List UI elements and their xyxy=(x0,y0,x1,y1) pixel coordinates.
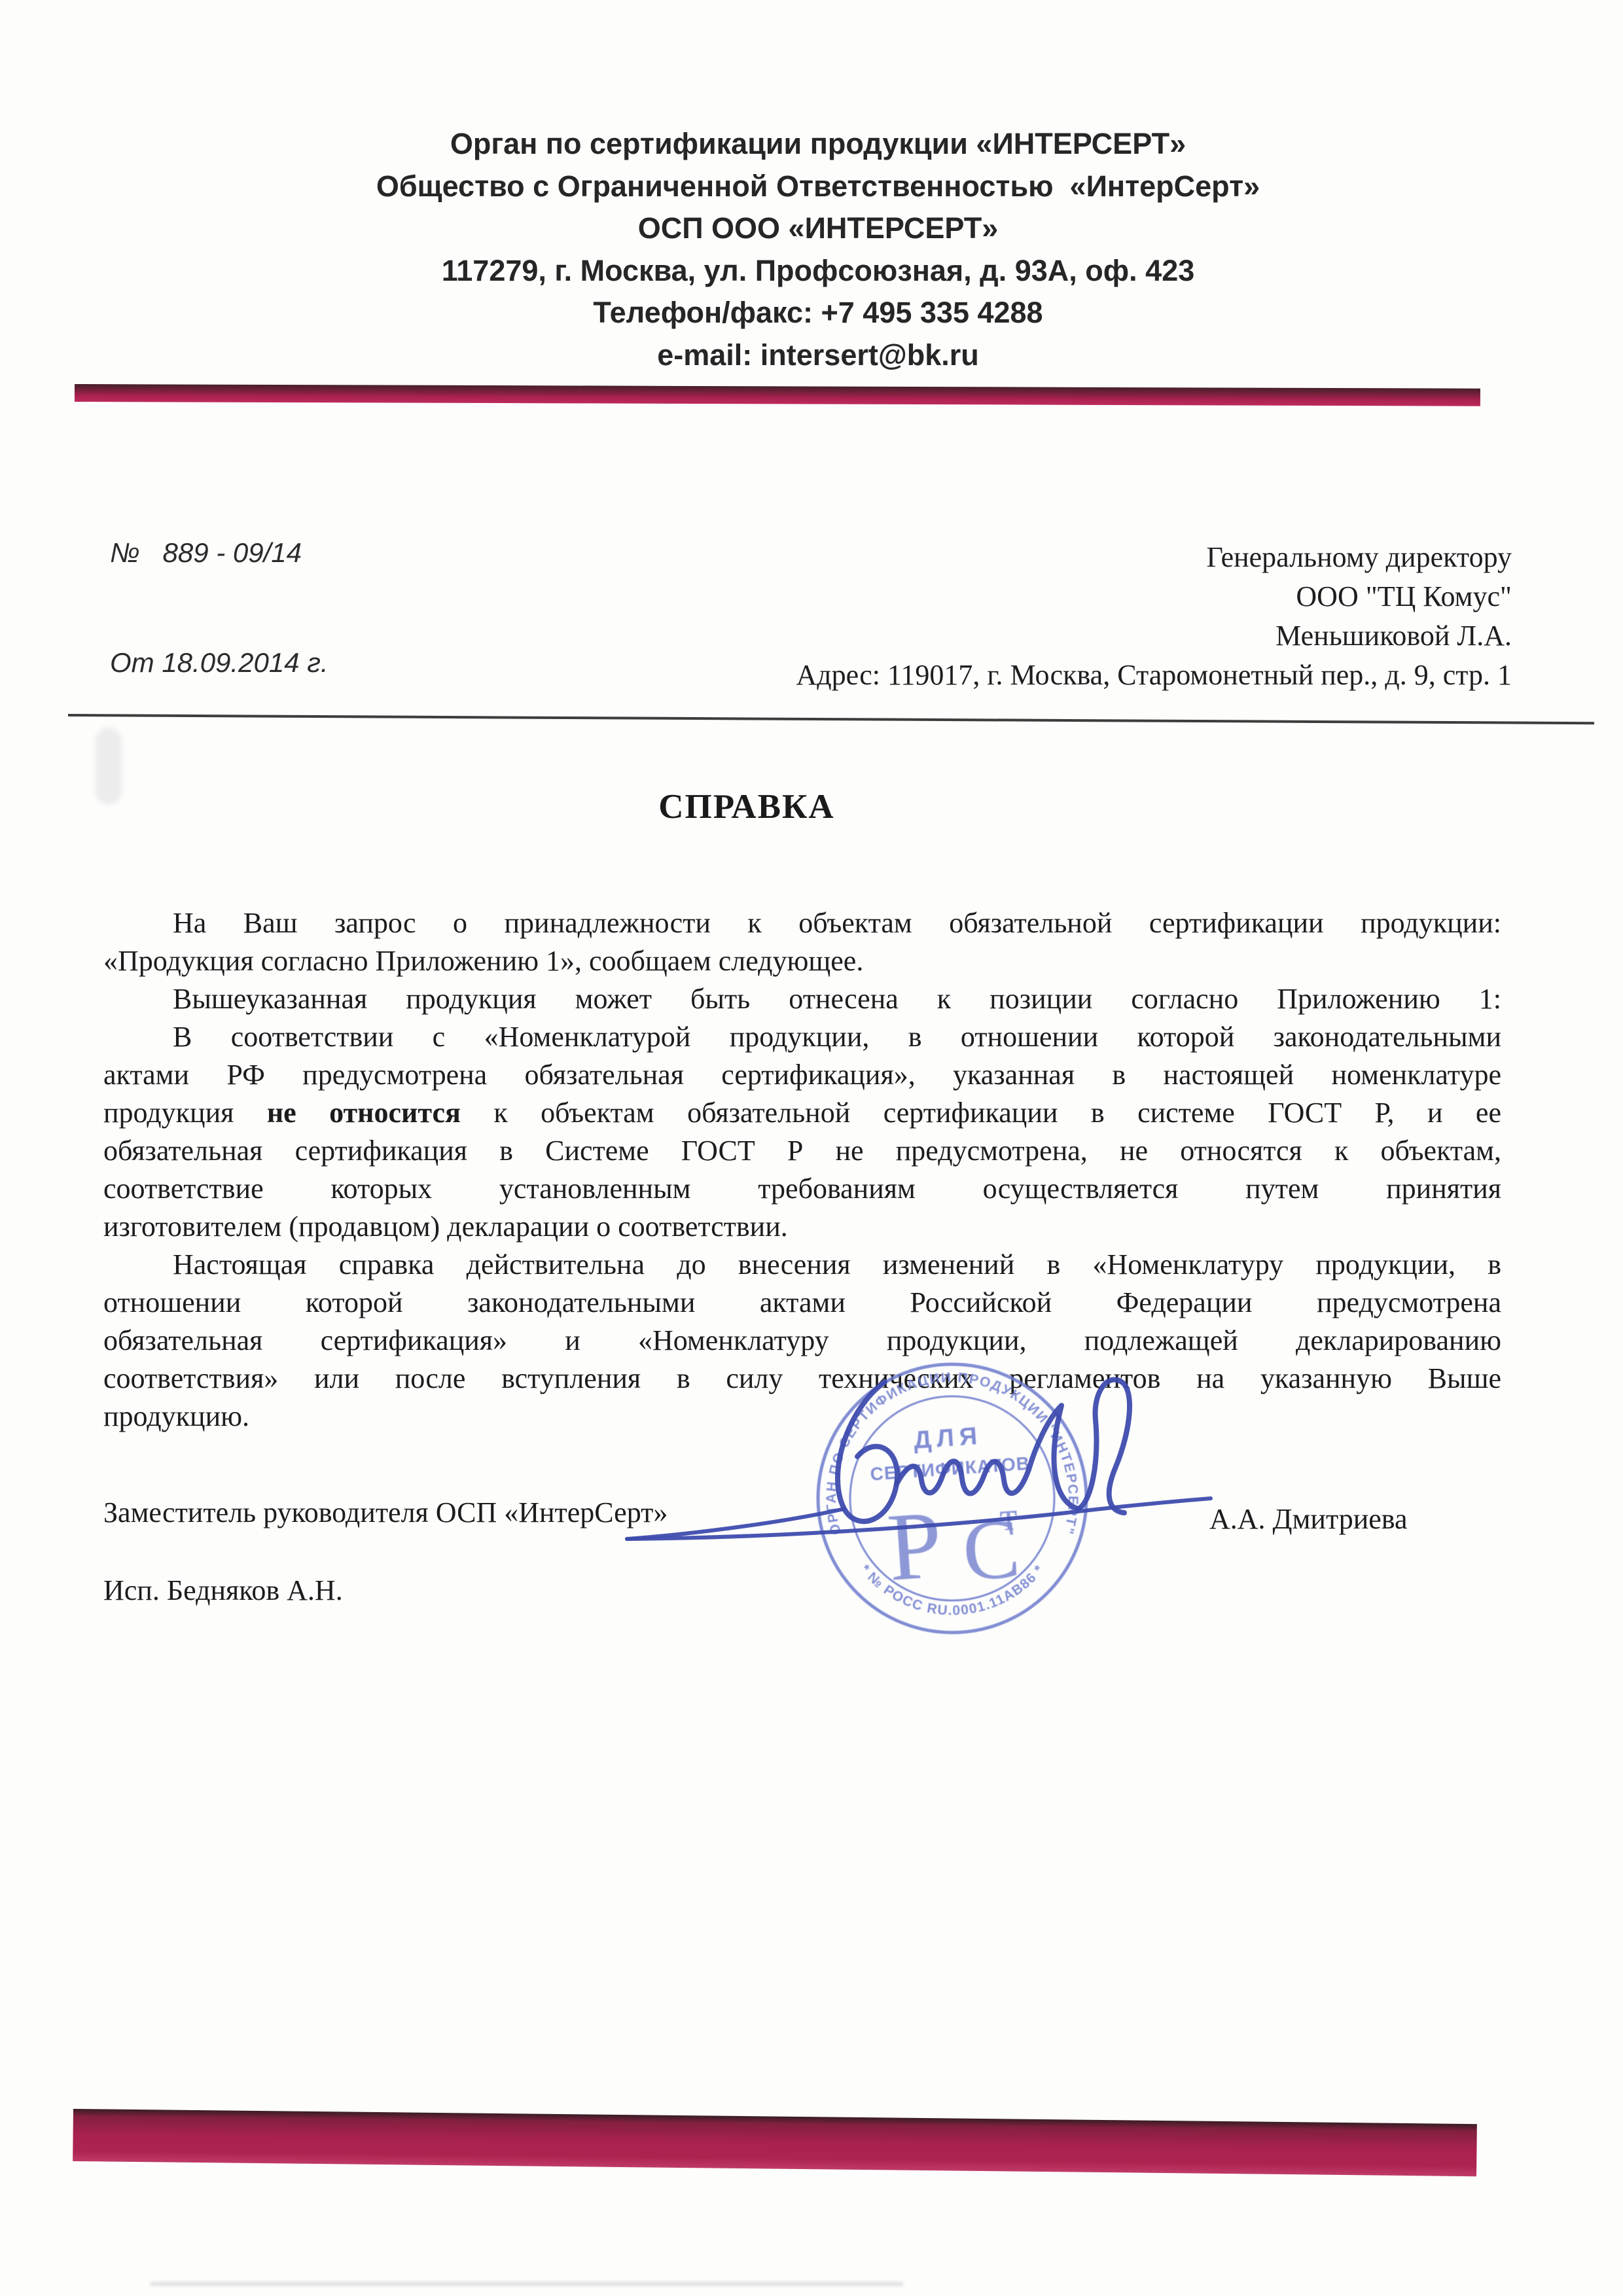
signature-position-label: Заместитель руководителя ОСП «ИнтерСерт» xyxy=(103,1496,668,1529)
ref-date: От 18.09.2014 г. xyxy=(110,645,329,681)
body-line: соответствие которых установленным требо… xyxy=(103,1170,1501,1208)
stamp-center-line2: СЕРТИФИКАТОВ xyxy=(870,1453,1031,1485)
recipient-line: Адрес: 119017, г. Москва, Старомонетный … xyxy=(796,656,1512,695)
letterhead-line: e-mail: intersert@bk.ru xyxy=(0,334,1623,377)
body-line: актами РФ предусмотрена обязательная сер… xyxy=(103,1056,1501,1094)
executor-note: Исп. Бедняков А.Н. xyxy=(103,1574,343,1607)
letterhead-line: Орган по сертификации продукции «ИНТЕРСЕ… xyxy=(0,123,1623,166)
body-line: На Ваш запрос о принадлежности к объекта… xyxy=(103,904,1501,942)
body-line: изготовителем (продавцом) декларации о с… xyxy=(103,1208,1501,1246)
scan-streak-artifact xyxy=(151,2282,903,2286)
body-text: На Ваш запрос о принадлежности к объекта… xyxy=(103,904,1501,1436)
body-line: обязательная сертификация в Системе ГОСТ… xyxy=(103,1132,1501,1170)
body-line: соответствия» или после вступления в сил… xyxy=(103,1360,1501,1398)
divider-bar-bottom xyxy=(73,2109,1477,2176)
letterhead-line: Телефон/факс: +7 495 335 4288 xyxy=(0,292,1623,334)
document-title: СПРАВКА xyxy=(0,787,1493,826)
divider-bar-top xyxy=(75,384,1480,406)
ref-block: № 889 - 09/14 От 18.09.2014 г. xyxy=(110,461,329,754)
scanned-letter-page: Орган по сертификации продукции «ИНТЕРСЕ… xyxy=(0,0,1623,2296)
body-line: Настоящая справка действительна до внесе… xyxy=(103,1246,1501,1284)
stamp-rings xyxy=(818,1364,1086,1633)
signatory-name: А.А. Дмитриева xyxy=(1209,1502,1408,1536)
body-line: «Продукция согласно Приложению 1», сообщ… xyxy=(103,942,1501,980)
letterhead-line: Общество с Ограниченной Ответственностью… xyxy=(0,166,1623,208)
body-line: продукцию. xyxy=(103,1398,1501,1436)
recipient-line: Генеральному директору xyxy=(796,538,1512,577)
recipient-block: Генеральному директоруООО "ТЦ Комус"Мень… xyxy=(796,538,1512,695)
rst-logo-letter-t: т xyxy=(998,1494,1019,1540)
body-line: Вышеуказанная продукция может быть отнес… xyxy=(103,980,1501,1018)
ref-number: № 889 - 09/14 xyxy=(110,535,329,571)
body-line: В соответствии с «Номенклатурой продукци… xyxy=(103,1018,1501,1056)
stamp-center: ДЛЯ СЕРТИФИКАТОВ Р С т xyxy=(867,1419,1039,1605)
letterhead-line: 117279, г. Москва, ул. Профсоюзная, д. 9… xyxy=(0,250,1623,292)
rst-logo-letter-p: Р xyxy=(884,1491,946,1601)
recipient-line: ООО "ТЦ Комус" xyxy=(796,577,1512,616)
body-line: обязательная сертификация» и «Номенклату… xyxy=(103,1322,1501,1360)
recipient-line: Меньшиковой Л.А. xyxy=(796,616,1512,656)
body-line: отношении которой законодательными актам… xyxy=(103,1284,1501,1322)
body-line: продукция не относится к объектам обязат… xyxy=(103,1094,1501,1132)
stamp-ring-top-text: ОРГАН ПО СЕРТИФИКАЦИИ ПРОДУКЦИИ "ИНТЕРСЕ… xyxy=(824,1370,1080,1537)
letterhead: Орган по сертификации продукции «ИНТЕРСЕ… xyxy=(0,123,1623,376)
letterhead-line: ОСП ООО «ИНТЕРСЕРТ» xyxy=(0,207,1623,250)
stamp-center-line1: ДЛЯ xyxy=(913,1422,984,1455)
round-stamp: ОРГАН ПО СЕРТИФИКАЦИИ ПРОДУКЦИИ "ИНТЕРСЕ… xyxy=(810,1356,1095,1641)
